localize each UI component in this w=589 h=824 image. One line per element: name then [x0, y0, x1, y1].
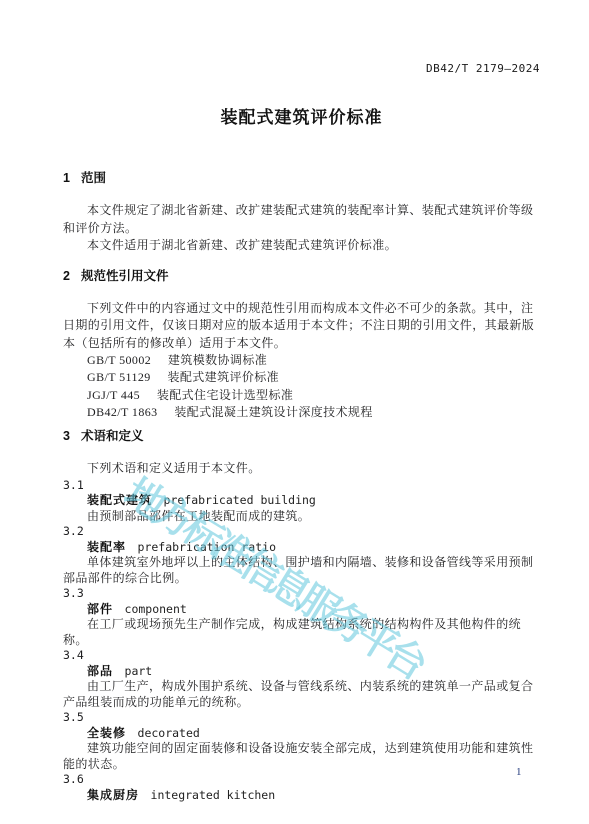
document-page: 地方标准信息服务平台 DB42/T 2179—2024 装配式建筑评价标准 1范…: [0, 0, 589, 824]
term-english: part: [125, 664, 153, 678]
term-english: prefabrication ratio: [138, 540, 276, 554]
term-english: prefabricated building: [164, 493, 316, 507]
page-content: DB42/T 2179—2024 装配式建筑评价标准 1范围 本文件规定了湖北省…: [63, 0, 540, 803]
reference-item: JGJ/T 445装配式住宅设计选型标准: [63, 387, 540, 404]
term-chinese: 集成厨房: [87, 788, 139, 802]
reference-item: GB/T 51129装配式建筑评价标准: [63, 369, 540, 386]
term-line: 集成厨房integrated kitchen: [63, 788, 540, 804]
references-intro: 下列文件中的内容通过文中的规范性引用而构成本文件必不可少的条款。其中，注日期的引…: [63, 300, 540, 353]
term-chinese: 部品: [87, 664, 113, 678]
clause-number: 3.2: [63, 524, 540, 540]
section-3-heading: 3术语和定义: [63, 426, 540, 444]
page-title: 装配式建筑评价标准: [63, 103, 540, 128]
reference-title: 装配式混凝土建筑设计深度技术规程: [174, 405, 372, 419]
section-3-number: 3: [63, 429, 70, 443]
section-normative-references: 2规范性引用文件 下列文件中的内容通过文中的规范性引用而构成本文件必不可少的条款…: [63, 266, 540, 422]
term-block: 3.1 装配式建筑prefabricated building 由预制部品部件在…: [63, 478, 540, 525]
term-block: 3.6 集成厨房integrated kitchen: [63, 772, 540, 803]
term-block: 3.5 全装修decorated 建筑功能空间的固定面装修和设备设施安装全部完成…: [63, 710, 540, 772]
clause-number: 3.6: [63, 772, 540, 788]
term-definition: 由工厂生产，构成外围护系统、设备与管线系统、内装系统的建筑单一产品或复合产品组装…: [63, 679, 540, 710]
term-block: 3.2 装配率prefabrication ratio 单体建筑室外地坪以上的主…: [63, 524, 540, 586]
term-english: integrated kitchen: [151, 788, 276, 802]
clause-number: 3.5: [63, 710, 540, 726]
reference-list: GB/T 50002建筑模数协调标准 GB/T 51129装配式建筑评价标准 J…: [63, 352, 540, 421]
term-line: 部件component: [63, 602, 540, 618]
term-block: 3.3 部件component 在工厂或现场预先生产制作完成，构成建筑结构系统的…: [63, 586, 540, 648]
terms-list: 3.1 装配式建筑prefabricated building 由预制部品部件在…: [63, 478, 540, 804]
section-scope: 1范围 本文件规定了湖北省新建、改扩建装配式建筑的装配率计算、装配式建筑评价等级…: [63, 168, 540, 255]
clause-number: 3.3: [63, 586, 540, 602]
term-english: decorated: [138, 726, 200, 740]
section-1-title: 范围: [81, 171, 106, 185]
term-chinese: 全装修: [87, 726, 126, 740]
term-chinese: 装配式建筑: [87, 493, 152, 507]
term-definition: 在工厂或现场预先生产制作完成，构成建筑结构系统的结构构件及其他构件的统称。: [63, 617, 540, 648]
term-block: 3.4 部品part 由工厂生产，构成外围护系统、设备与管线系统、内装系统的建筑…: [63, 648, 540, 710]
section-2-heading: 2规范性引用文件: [63, 266, 540, 284]
clause-number: 3.4: [63, 648, 540, 664]
reference-title: 装配式住宅设计选型标准: [157, 388, 293, 402]
term-english: component: [125, 602, 187, 616]
section-2-title: 规范性引用文件: [81, 269, 169, 283]
reference-code: GB/T 51129: [87, 370, 151, 384]
term-definition: 单体建筑室外地坪以上的主体结构、围护墙和内隔墙、装修和设备管线等采用预制部品部件…: [63, 555, 540, 586]
term-line: 装配率prefabrication ratio: [63, 540, 540, 556]
reference-title: 建筑模数协调标准: [168, 353, 267, 367]
section-1-number: 1: [63, 171, 70, 185]
section-terms-and-definitions: 3术语和定义 下列术语和定义适用于本文件。 3.1 装配式建筑prefabric…: [63, 426, 540, 803]
scope-paragraph-2: 本文件适用于湖北省新建、改扩建装配式建筑评价标准。: [63, 237, 540, 255]
reference-code: DB42/T 1863: [87, 405, 158, 419]
reference-code: GB/T 50002: [87, 353, 151, 367]
section-2-number: 2: [63, 269, 70, 283]
term-definition: 由预制部品部件在工地装配而成的建筑。: [63, 509, 540, 525]
section-1-heading: 1范围: [63, 168, 540, 186]
page-number: 1: [516, 766, 522, 778]
section-3-title: 术语和定义: [81, 429, 144, 443]
terms-intro: 下列术语和定义适用于本文件。: [63, 461, 540, 477]
term-chinese: 装配率: [87, 540, 126, 554]
term-line: 装配式建筑prefabricated building: [63, 493, 540, 509]
reference-code: JGJ/T 445: [87, 388, 140, 402]
clause-number: 3.1: [63, 478, 540, 494]
term-definition: 建筑功能空间的固定面装修和设备设施安装全部完成，达到建筑使用功能和建筑性能的状态…: [63, 741, 540, 772]
term-line: 部品part: [63, 664, 540, 680]
term-chinese: 部件: [87, 602, 113, 616]
reference-item: GB/T 50002建筑模数协调标准: [63, 352, 540, 369]
scope-paragraph-1: 本文件规定了湖北省新建、改扩建装配式建筑的装配率计算、装配式建筑评价等级和评价方…: [63, 202, 540, 237]
standard-number: DB42/T 2179—2024: [63, 62, 540, 75]
reference-item: DB42/T 1863装配式混凝土建筑设计深度技术规程: [63, 404, 540, 421]
reference-title: 装配式建筑评价标准: [167, 370, 279, 384]
term-line: 全装修decorated: [63, 726, 540, 742]
